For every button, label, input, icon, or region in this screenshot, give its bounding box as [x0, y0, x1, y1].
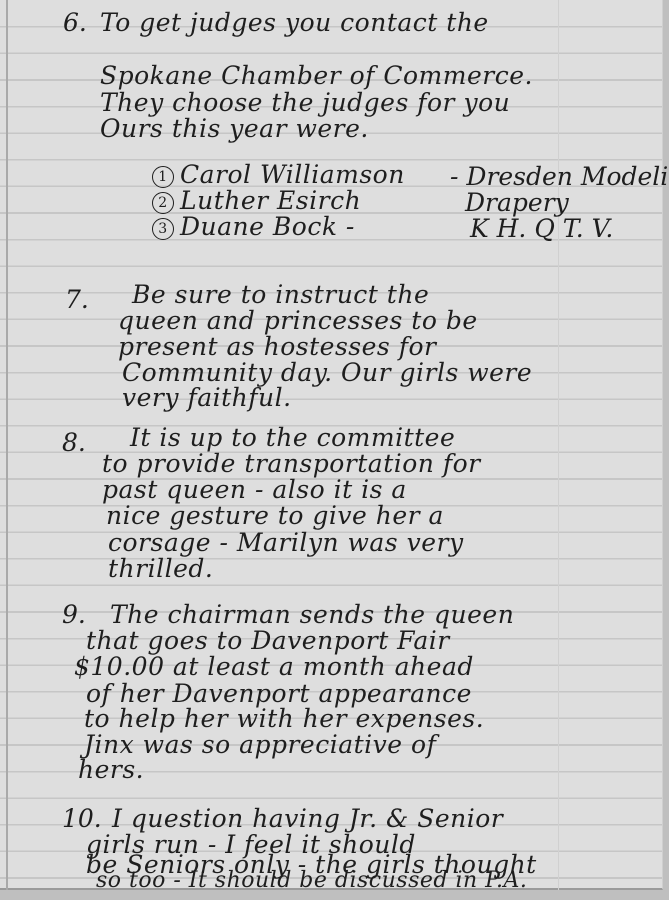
item-number-7: 7.: [65, 287, 89, 312]
item-9-line-3: $10.00 at least a month ahead: [74, 654, 474, 679]
item-6-line-3: They choose the judges for you: [100, 90, 510, 115]
item-8-line-4: nice gesture to give her a: [106, 503, 444, 528]
item-7-line-1: Be sure to instruct the: [132, 282, 429, 307]
item-9-line-2: that goes to Davenport Fair: [86, 628, 450, 653]
item-9-line-4: of her Davenport appearance: [86, 681, 472, 706]
right-margin-line: [558, 0, 559, 890]
judge-affiliation-3: K H. Q T. V.: [470, 216, 613, 241]
item-8-line-3: past queen - also it is a: [102, 477, 407, 502]
judge-affiliation-2: Drapery: [465, 190, 569, 215]
item-8-line-1: It is up to the committee: [130, 425, 455, 450]
item-7-line-2: queen and princesses to be: [118, 308, 478, 333]
item-8-line-2: to provide transportation for: [102, 451, 481, 476]
item-10-line-4: so too - It should be discussed in P.A.: [96, 870, 527, 892]
judge-affiliation-1: - Dresden Modeling: [450, 164, 669, 189]
item-8-line-5: corsage - Marilyn was very: [108, 530, 464, 555]
item-8-line-6: thrilled.: [108, 556, 213, 581]
item-number-10: 10.: [62, 806, 102, 831]
item-9-line-7: hers.: [78, 757, 144, 782]
item-9-line-5: to help her with her expenses.: [84, 706, 484, 731]
item-9-line-1: The chairman sends the queen: [110, 602, 514, 627]
item-6-line-2: Spokane Chamber of Commerce.: [100, 63, 533, 88]
ruled-paper-sheet: 6. To get judges you contact the Spokane…: [0, 0, 663, 890]
item-7-line-5: very faithful.: [122, 385, 292, 410]
judge-index-3: 3: [152, 218, 174, 240]
judge-name-2: Luther Esirch: [180, 188, 361, 213]
judge-row-3: 3Duane Bock -: [152, 214, 355, 240]
judge-name-3: Duane Bock -: [180, 214, 355, 239]
judge-index-2: 2: [152, 192, 174, 214]
item-6-line-1: To get judges you contact the: [100, 10, 489, 35]
judge-row-2: 2Luther Esirch: [152, 188, 361, 214]
item-10-line-1: I question having Jr. & Senior: [112, 806, 503, 831]
left-margin-line: [6, 0, 8, 890]
judge-row-1: 1Carol Williamson: [152, 162, 405, 188]
item-7-line-3: present as hostesses for: [118, 334, 436, 359]
judge-name-1: Carol Williamson: [180, 162, 405, 187]
item-number-8: 8.: [62, 430, 86, 455]
item-6-line-4: Ours this year were.: [100, 116, 369, 141]
judge-index-1: 1: [152, 166, 174, 188]
item-9-line-6: Jinx was so appreciative of: [84, 732, 436, 757]
item-7-line-4: Community day. Our girls were: [122, 360, 532, 385]
item-number-9: 9.: [62, 602, 86, 627]
item-number-6: 6.: [63, 10, 87, 35]
